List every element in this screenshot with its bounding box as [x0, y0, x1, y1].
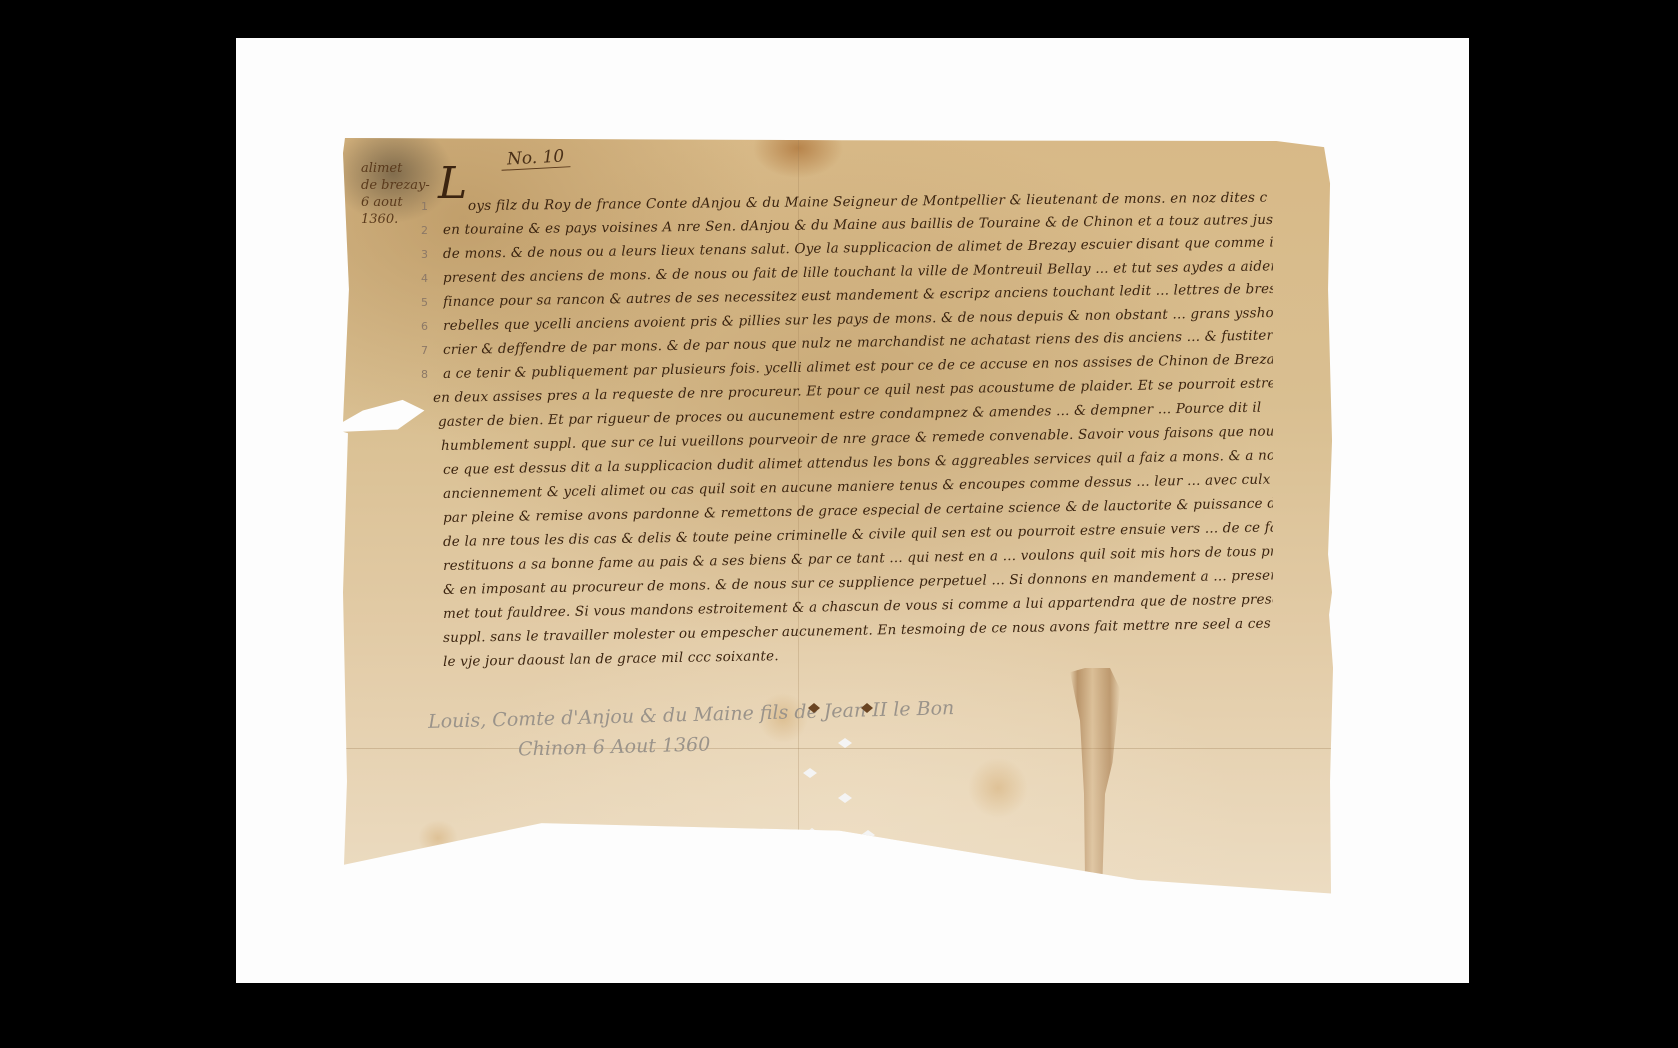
- line-number: 1: [421, 200, 428, 213]
- text-line: le vje jour daoust lan de grace mil ccc …: [443, 647, 863, 670]
- margin-annotation: alimet de brezay- 6 aout 1360.: [361, 160, 430, 228]
- fold-crease-horizontal: [343, 748, 1336, 749]
- decorated-initial: L: [438, 158, 467, 209]
- line-number: 4: [421, 272, 428, 285]
- pencil-annotation-line1: Louis, Comte d'Anjou & du Maine fils de …: [428, 697, 955, 733]
- line-number: 3: [421, 248, 428, 261]
- line-number: 5: [421, 296, 428, 309]
- line-number: 8: [421, 368, 428, 381]
- line-number: 6: [421, 320, 428, 333]
- pencil-annotation-line2: Chinon 6 Aout 1360: [518, 733, 711, 760]
- text-line: oys filz du Roy de france Conte dAnjou &…: [468, 190, 1268, 214]
- text-line: suppl. sans le travailler molester ou em…: [443, 616, 1273, 646]
- parchment-hole: [803, 768, 817, 778]
- text-line: present des anciens de mons. & de nous o…: [443, 258, 1273, 286]
- parchment-hole: [838, 738, 852, 748]
- text-line: de mons. & de nous ou a leurs lieux tena…: [443, 234, 1273, 262]
- document-number: No. 10: [500, 146, 570, 171]
- text-line: finance pour sa rancon & autres de ses n…: [443, 281, 1273, 310]
- line-number: 7: [421, 344, 428, 357]
- parchment-hole: [838, 793, 852, 803]
- parchment-charter: alimet de brezay- 6 aout 1360. No. 10 L …: [343, 138, 1336, 895]
- text-line: en touraine & es pays voisines A nre Sen…: [443, 212, 1273, 238]
- water-stain-drip: [1070, 668, 1120, 878]
- line-number: 2: [421, 224, 428, 237]
